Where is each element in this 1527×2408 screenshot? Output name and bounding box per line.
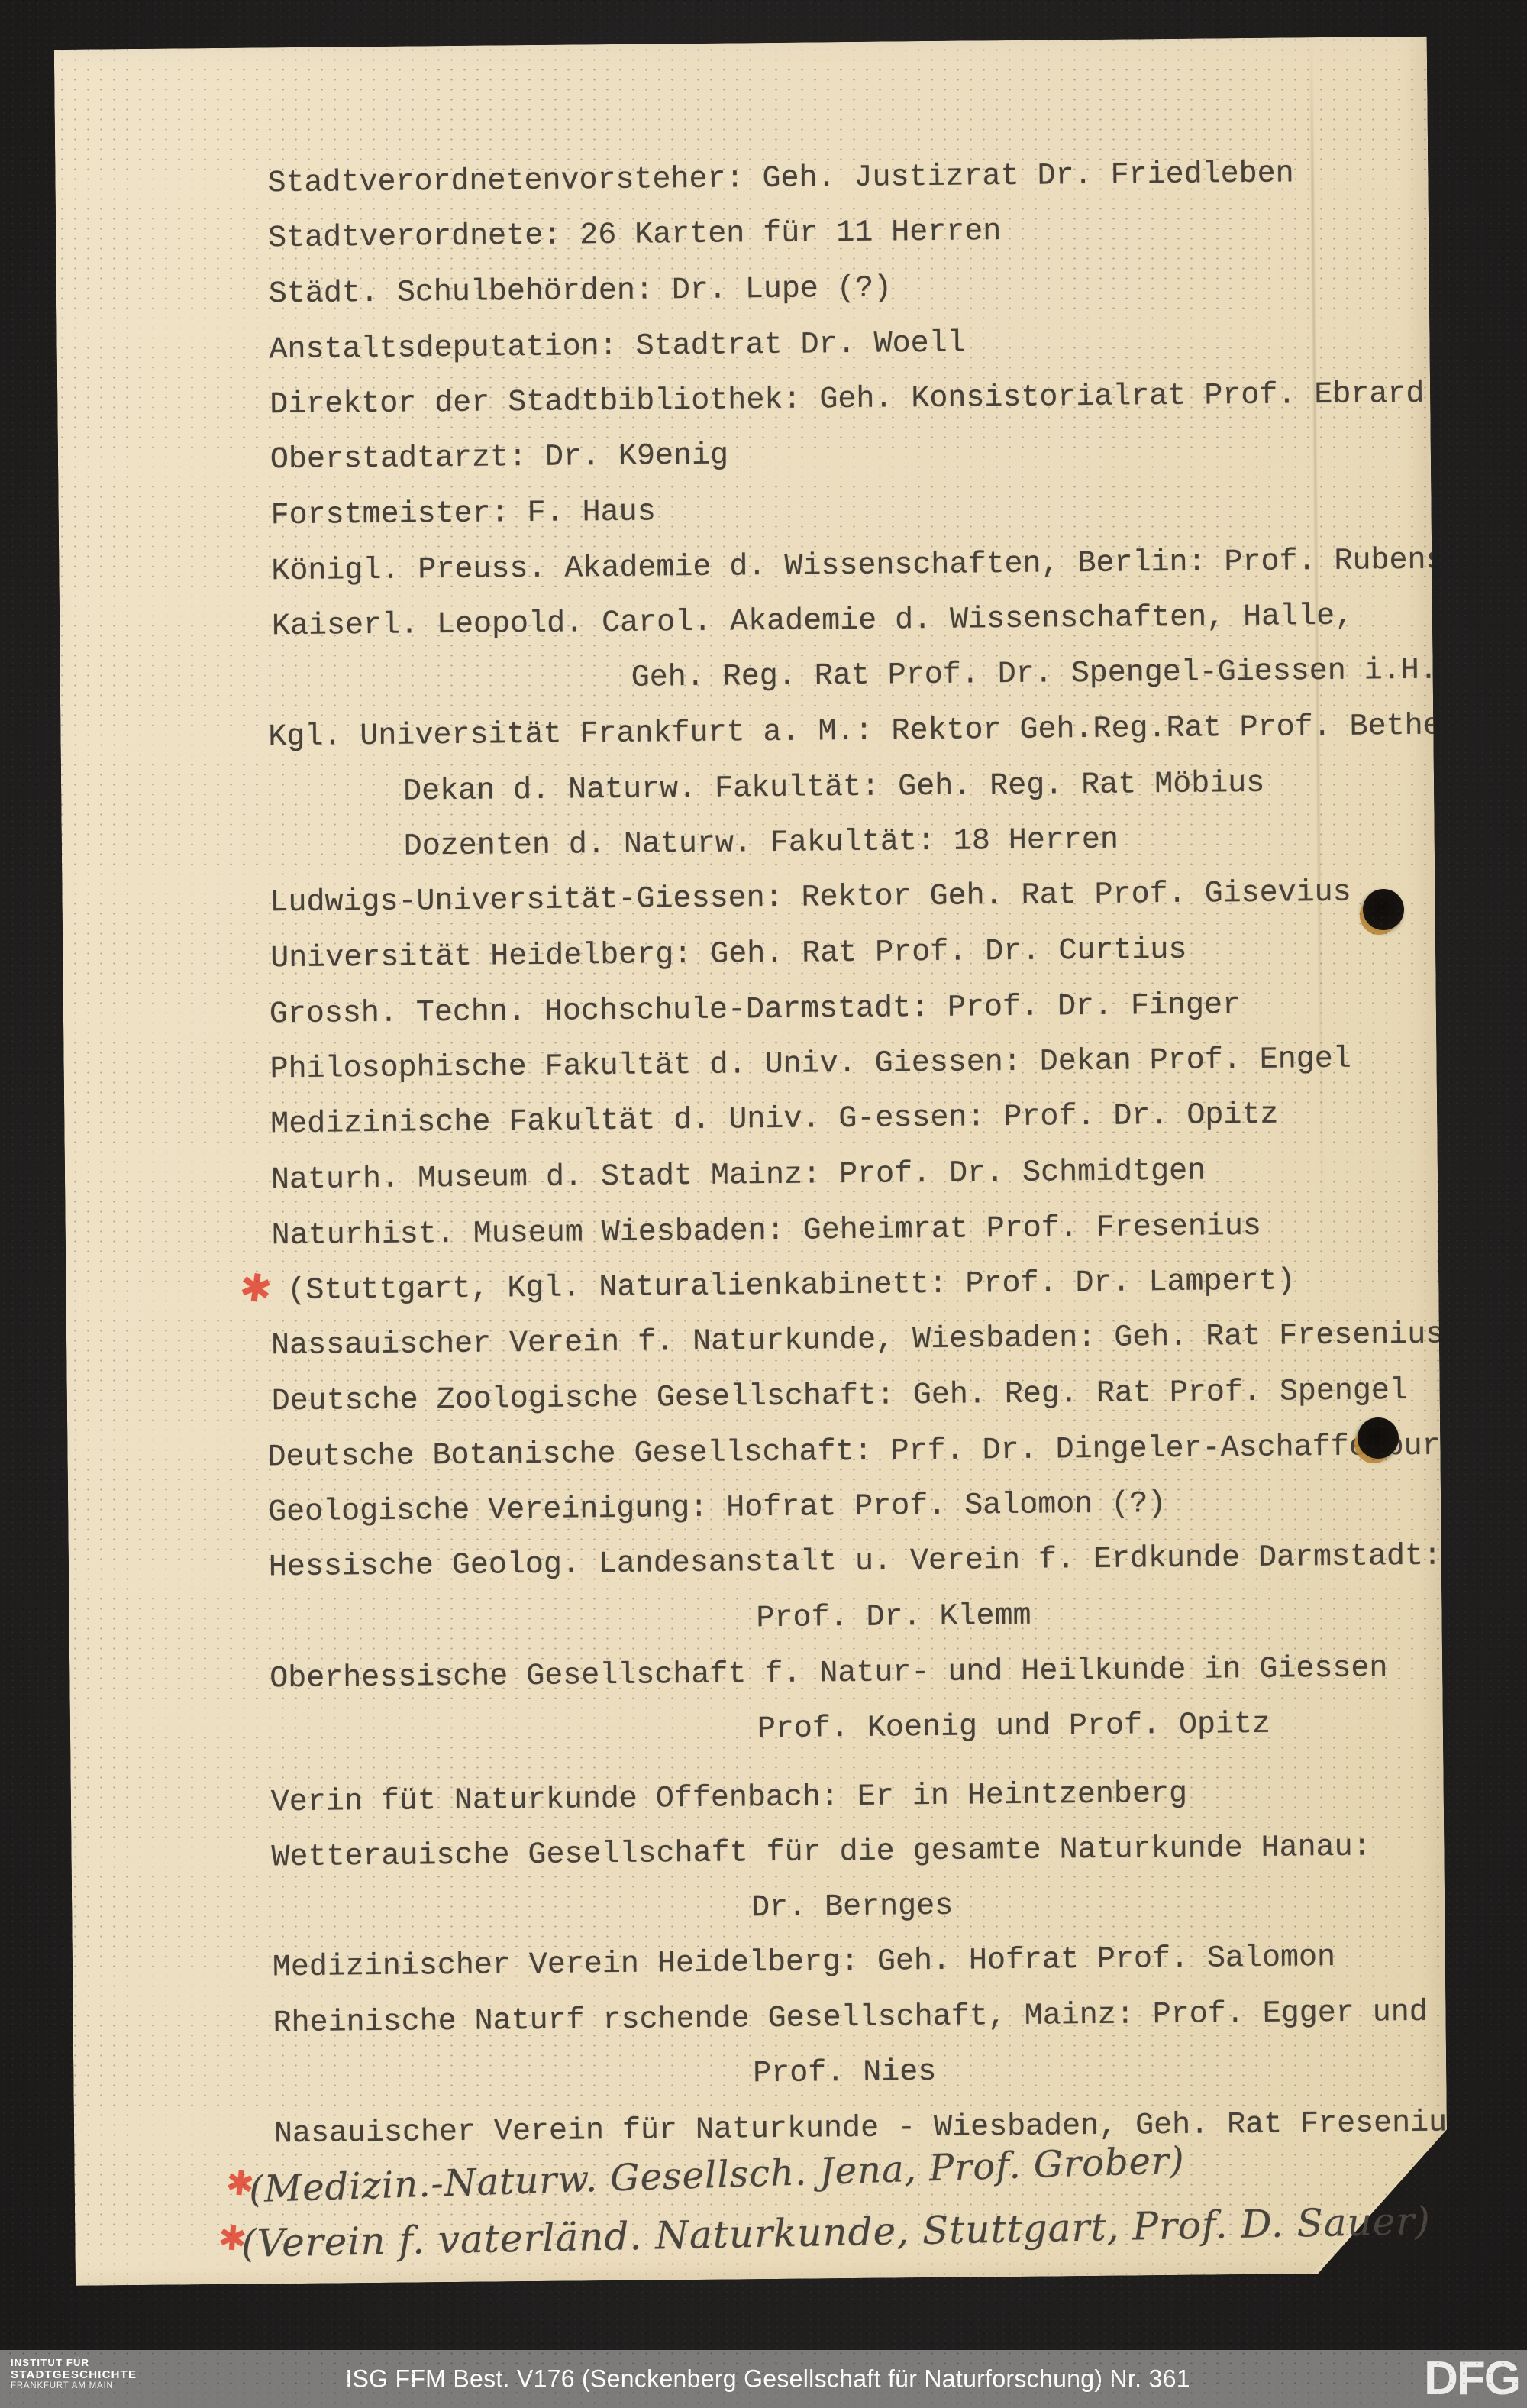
institute-logo-line: FRANKFURT AM MAIN (11, 2381, 137, 2391)
typed-line: Dekan d. Naturw. Fakultät: Geh. Reg. Rat… (403, 768, 1265, 810)
typed-line: Direktor der Stadtbibliothek: Geh. Konsi… (270, 378, 1425, 423)
institute-logo-line: STADTGESCHICHTE (11, 2369, 137, 2382)
typed-line: Dozenten d. Naturw. Fakultät: 18 Herren (404, 824, 1119, 865)
typed-line: Prof. Koenig und Prof. Opitz (757, 1708, 1271, 1747)
annotation-asterisk-icon: ✱ (237, 1264, 275, 1312)
institute-logo-line: INSTITUT FÜR (11, 2358, 137, 2369)
typed-line: Kgl. Universität Frankfurt a. M.: Rektor… (268, 710, 1441, 755)
typed-line: Königl. Preuss. Akademie d. Wissenschaft… (271, 545, 1445, 590)
typed-line: Oberstadtarzt: Dr. K9enig (270, 440, 729, 478)
typed-line: Dr. Bernges (751, 1890, 953, 1926)
typed-line: Deutsche Botanische Gesellschaft: Prf. D… (267, 1430, 1459, 1475)
typed-line: Prof. Nies (753, 2056, 936, 2091)
typed-line: Universität Heidelberg: Geh. Rat Prof. D… (270, 934, 1187, 977)
archive-footer-bar: INSTITUT FÜR STADTGESCHICHTE FRANKFURT A… (0, 2350, 1527, 2408)
typed-line: Stadtverordnetenvorsteher: Geh. Justizra… (267, 157, 1294, 201)
typed-line: Rheinische Naturf rschende Gesellschaft,… (273, 1996, 1428, 2041)
typed-line: Stadtverordnete: 26 Karten für 11 Herren (268, 215, 1002, 256)
typed-line: Prof. Dr. Klemm (756, 1600, 1031, 1636)
typed-line: Wetterauische Gesellschaft für die gesam… (271, 1831, 1371, 1876)
typed-line: Grossh. Techn. Hochschule-Darmstadt: Pro… (270, 989, 1241, 1032)
typed-line: Medizinische Fakultät d. Univ. G-essen: … (270, 1099, 1279, 1143)
document-page: Stadtverordnetenvorsteher: Geh. Justizra… (54, 37, 1448, 2286)
typed-line: Nassauischer Verein f. Naturkunde, Wiesb… (271, 1319, 1445, 1364)
institute-logo: INSTITUT FÜR STADTGESCHICHTE FRANKFURT A… (11, 2358, 137, 2391)
typed-line: Geologische Vereinigung: Hofrat Prof. Sa… (268, 1488, 1167, 1530)
typed-line: Ludwigs-Universität-Giessen: Rektor Geh.… (270, 877, 1351, 921)
typed-line: Oberhessische Gesellschaft f. Natur- und… (270, 1652, 1388, 1696)
typed-line: Hessische Geolog. Landesanstalt u. Verei… (269, 1540, 1442, 1585)
typed-line: Naturhist. Museum Wiesbaden: Geheimrat P… (272, 1210, 1262, 1253)
archive-reference-caption: ISG FFM Best. V176 (Senckenberg Gesellsc… (345, 2365, 1190, 2393)
typed-line: Kaiserl. Leopold. Carol. Akademie d. Wis… (272, 600, 1354, 645)
typed-line: Philosophische Fakultät d. Univ. Giessen… (270, 1043, 1351, 1088)
typed-line: Forstmeister: F. Haus (270, 496, 655, 533)
typed-line: Anstaltsdeputation: Stadtrat Dr. Woell (269, 328, 966, 368)
typed-line: Städt. Schulbehörden: Dr. Lupe (?) (269, 272, 893, 312)
typed-line: Nasauischer Verein für Naturkunde - Wies… (274, 2106, 1466, 2151)
typed-line: Deutsche Zoologische Gesellschaft: Geh. … (272, 1375, 1409, 1419)
typed-line: (Stuttgart, Kgl. Naturalienkabinett: Pro… (287, 1265, 1296, 1308)
typed-line: Verin füt Naturkunde Offenbach: Er in He… (271, 1778, 1188, 1821)
typed-line: Medizinischer Verein Heidelberg: Geh. Ho… (273, 1941, 1336, 1985)
punch-hole (1363, 889, 1404, 930)
typed-line: Naturh. Museum d. Stadt Mainz: Prof. Dr.… (271, 1156, 1206, 1198)
archive-scan-background: Stadtverordnetenvorsteher: Geh. Justizra… (0, 0, 1527, 2408)
paper-fold-corner (1302, 2120, 1448, 2274)
punch-hole (1358, 1417, 1399, 1459)
dfg-logo: DFG (1424, 2351, 1519, 2406)
